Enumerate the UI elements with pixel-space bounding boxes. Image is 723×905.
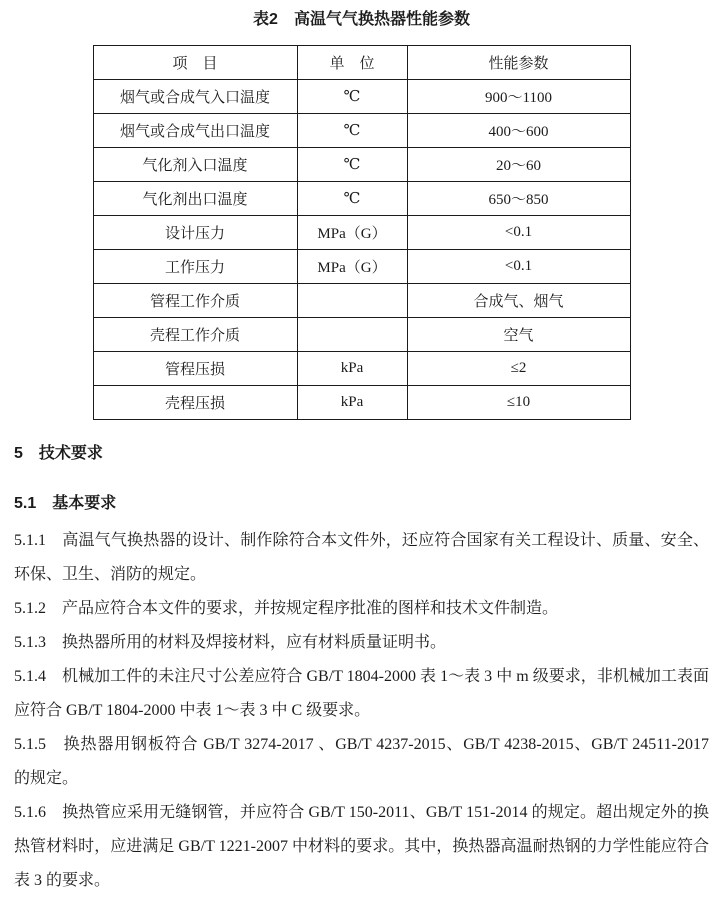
- table-row: 烟气或合成气出口温度 ℃ 400～600: [93, 114, 630, 148]
- cell-value: 900～1100: [407, 80, 630, 114]
- cell-unit: kPa: [297, 352, 407, 386]
- cell-value: 合成气、烟气: [407, 284, 630, 318]
- cell-item: 烟气或合成气出口温度: [93, 114, 297, 148]
- cell-unit: MPa（G）: [297, 250, 407, 284]
- column-header-value: 性能参数: [407, 46, 630, 80]
- cell-unit: [297, 284, 407, 318]
- cell-unit: ℃: [297, 114, 407, 148]
- cell-unit: ℃: [297, 148, 407, 182]
- cell-value: 400～600: [407, 114, 630, 148]
- cell-unit: ℃: [297, 182, 407, 216]
- cell-item: 管程工作介质: [93, 284, 297, 318]
- column-header-unit: 单 位: [297, 46, 407, 80]
- cell-item: 气化剂入口温度: [93, 148, 297, 182]
- cell-item: 壳程压损: [93, 386, 297, 420]
- column-header-item: 项 目: [93, 46, 297, 80]
- table-row: 管程工作介质 合成气、烟气: [93, 284, 630, 318]
- cell-unit: kPa: [297, 386, 407, 420]
- cell-unit: [297, 318, 407, 352]
- table-row: 气化剂出口温度 ℃ 650～850: [93, 182, 630, 216]
- table-row: 壳程工作介质 空气: [93, 318, 630, 352]
- table-row: 工作压力 MPa（G） <0.1: [93, 250, 630, 284]
- table-header-row: 项 目 单 位 性能参数: [93, 46, 630, 80]
- cell-value: ≤2: [407, 352, 630, 386]
- table-row: 壳程压损 kPa ≤10: [93, 386, 630, 420]
- cell-item: 烟气或合成气入口温度: [93, 80, 297, 114]
- cell-item: 工作压力: [93, 250, 297, 284]
- cell-value: 650～850: [407, 182, 630, 216]
- cell-item: 气化剂出口温度: [93, 182, 297, 216]
- document-page: 表2 高温气气换热器性能参数 项 目 单 位 性能参数 烟气或合成气入口温度 ℃…: [0, 0, 723, 905]
- cell-value: ≤10: [407, 386, 630, 420]
- section-heading-5: 5 技术要求: [14, 444, 709, 464]
- cell-item: 管程压损: [93, 352, 297, 386]
- table-row: 设计压力 MPa（G） <0.1: [93, 216, 630, 250]
- table-row: 烟气或合成气入口温度 ℃ 900～1100: [93, 80, 630, 114]
- section-heading-5-1: 5.1 基本要求: [14, 494, 709, 514]
- cell-unit: MPa（G）: [297, 216, 407, 250]
- cell-unit: ℃: [297, 80, 407, 114]
- table-caption: 表2 高温气气换热器性能参数: [14, 10, 709, 30]
- table-row: 气化剂入口温度 ℃ 20～60: [93, 148, 630, 182]
- cell-value: 20～60: [407, 148, 630, 182]
- clause-5-1-1: 5.1.1 高温气气换热器的设计、制作除符合本文件外，还应符合国家有关工程设计、…: [14, 524, 709, 592]
- clause-5-1-3: 5.1.3 换热器所用的材料及焊接材料，应有材料质量证明书。: [14, 626, 709, 660]
- clause-5-1-6: 5.1.6 换热管应采用无缝钢管，并应符合 GB/T 150-2011、GB/T…: [14, 796, 709, 898]
- cell-value: <0.1: [407, 216, 630, 250]
- cell-value: 空气: [407, 318, 630, 352]
- cell-item: 壳程工作介质: [93, 318, 297, 352]
- clause-5-1-5: 5.1.5 换热器用钢板符合 GB/T 3274-2017 、GB/T 4237…: [14, 728, 709, 796]
- table-row: 管程压损 kPa ≤2: [93, 352, 630, 386]
- clause-5-1-2: 5.1.2 产品应符合本文件的要求，并按规定程序批准的图样和技术文件制造。: [14, 592, 709, 626]
- clause-5-1-4: 5.1.4 机械加工件的未注尺寸公差应符合 GB/T 1804-2000 表 1…: [14, 660, 709, 728]
- cell-item: 设计压力: [93, 216, 297, 250]
- cell-value: <0.1: [407, 250, 630, 284]
- performance-parameters-table: 项 目 单 位 性能参数 烟气或合成气入口温度 ℃ 900～1100 烟气或合成…: [93, 45, 631, 420]
